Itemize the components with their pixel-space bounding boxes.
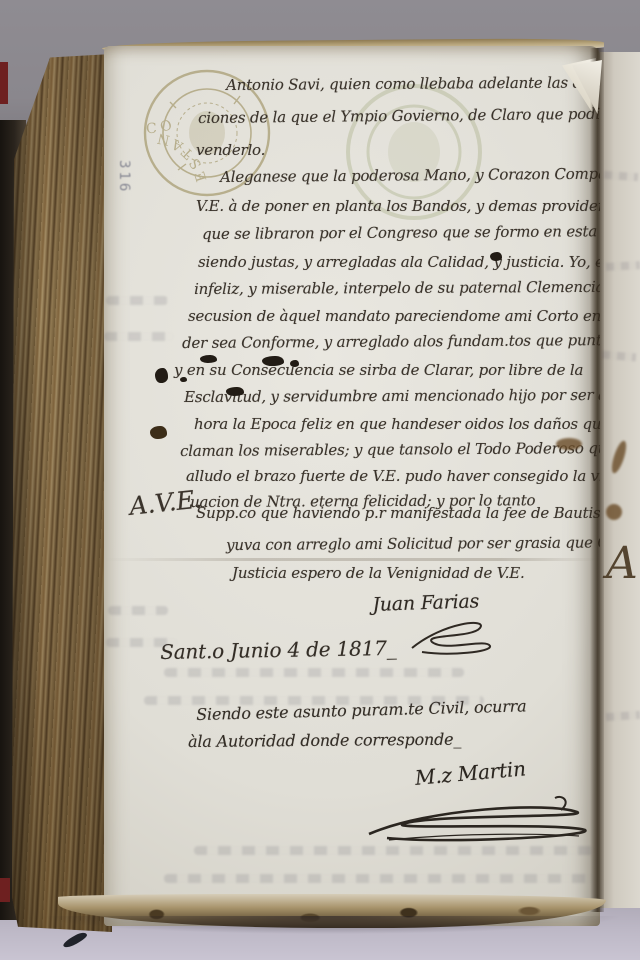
- manuscript-line: infeliz, y miserable, interpelo de su pa…: [194, 278, 600, 298]
- red-cover-sliver: [0, 62, 8, 104]
- manuscript-line: venderlo.: [196, 141, 265, 159]
- facing-page-ghost-text: [604, 171, 638, 181]
- red-cover-sliver: [0, 878, 10, 902]
- facing-page-letter: A: [606, 538, 638, 589]
- manuscript-line: alludo el brazo fuerte de V.E. pudo have…: [186, 467, 600, 485]
- manuscript-line: ciones de la que el Ympio Govierno, de C…: [198, 104, 600, 127]
- bleed-through-line: [144, 696, 484, 705]
- signature-martin: M.z Martin: [414, 756, 527, 790]
- ink-blot: [200, 355, 217, 363]
- ink-blot: [290, 360, 299, 367]
- ink-blot: [226, 387, 244, 396]
- manuscript-line: claman los miserables; y que tansolo el …: [180, 439, 600, 460]
- bleed-through-line: [104, 332, 174, 341]
- signature-juan-farias: Juan Farias: [372, 590, 479, 616]
- manuscript-line: der sea Conforme, y arreglado alos funda…: [182, 331, 600, 352]
- facing-page-ghost-text: [606, 711, 640, 721]
- stain-smudge: [556, 438, 582, 450]
- manuscript-line: Esclavitud, y servidumbre ami mencionado…: [184, 386, 600, 406]
- photo-scene: A ESTANCO 316 Antonio Savi, quien com: [0, 0, 640, 960]
- ink-blot: [180, 377, 187, 382]
- page-stack-shading: [12, 54, 112, 932]
- bleed-through-line: [194, 846, 594, 855]
- page-number-stamp: 316: [116, 160, 132, 194]
- manuscript-page: ESTANCO 316 Antonio Savi, quien como lle…: [104, 46, 600, 926]
- facing-page-ghost-text: [602, 351, 637, 362]
- ink-blot: [262, 356, 284, 366]
- stain-smudge: [609, 439, 629, 474]
- manuscript-line: hora la Epoca feliz en que handeser oido…: [194, 415, 600, 433]
- manuscript-line: Aleganese que la poderosa Mano, y Corazo…: [220, 164, 600, 186]
- stain-smudge: [606, 504, 622, 520]
- signature-rubric: [404, 614, 496, 658]
- signature-rubric-large: [359, 792, 600, 850]
- manuscript-line: que se libraron por el Congreso que se f…: [202, 222, 600, 243]
- manuscript-line: Justicia espero de la Venignidad de V.E.: [232, 564, 525, 582]
- facing-page-ghost-text: [606, 261, 640, 271]
- book-cast-shadow: [40, 916, 620, 934]
- manuscript-line: siendo justas, y arregladas ala Calidad,…: [198, 253, 600, 271]
- petition-initial: A.V.E.: [128, 484, 203, 520]
- ink-blot: [150, 426, 167, 439]
- bleed-through-line: [106, 296, 168, 305]
- gutter-shadow: [590, 48, 604, 912]
- manuscript-line: yuva con arreglo ami Solicitud por ser g…: [226, 533, 600, 554]
- bleed-through-line: [108, 606, 168, 615]
- ink-blot: [155, 368, 168, 383]
- bleed-through-line: [106, 638, 178, 647]
- manuscript-line: Supp.co que haviendo p.r manifestada la …: [196, 504, 600, 522]
- manuscript-line: Antonio Savi, quien como llebaba adelant…: [226, 73, 600, 94]
- page-crease: [104, 558, 600, 561]
- ink-blot: [490, 252, 502, 261]
- bleed-through-line: [164, 668, 464, 677]
- facing-page: A: [600, 52, 640, 908]
- date-line: Sant.o Junio 4 de 1817_: [160, 636, 397, 664]
- decree-line: àla Autoridad donde corresponde_: [188, 730, 461, 751]
- bleed-through-line: [164, 874, 594, 883]
- manuscript-line: secusion de àquel mandato pareciendome a…: [188, 307, 600, 325]
- manuscript-line: V.E. à de poner en planta los Bandos, y …: [196, 197, 600, 215]
- manuscript-line: y en su Consecuencia se sirba de Clarar,…: [174, 361, 583, 379]
